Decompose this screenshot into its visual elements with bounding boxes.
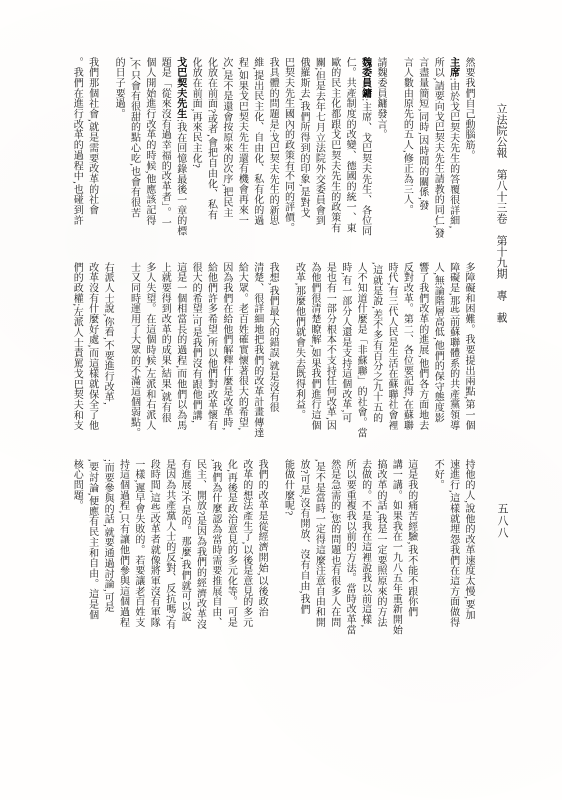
text-column: 個人開始進行改革的時候,他應該記得	[141, 57, 156, 247]
text-column: 化放在前面,再來民主化?	[188, 57, 203, 247]
speaker-name: 魏委員鏞	[360, 57, 371, 98]
text-column: 人不知道什麼是「非蘇聯」的社會。當	[353, 262, 368, 434]
text-column: 歐的民主化都跟戈巴契夫先生的政策有	[326, 57, 341, 247]
text-column: 人,無論階層高低,他們的保守態度影	[430, 262, 445, 434]
text-column: 仁。共產制度的改變、德國的統一、東	[342, 57, 357, 247]
text-column: 所以,請要向戈巴契夫先生請教的同仁,發	[430, 57, 445, 247]
text-column: 然是急需的,您的問題也有很多人在問	[326, 459, 341, 629]
text-column: 這是我的痛苦經驗,我不能不跟你們	[403, 459, 429, 629]
text-column: 能做什麼呢?	[280, 459, 295, 629]
text-column: 因為我們在給他們解釋什麼是改革時,	[219, 262, 234, 434]
speaker-name: 主席	[448, 57, 459, 78]
text-column: 改革的想法產生了,以後是意見的多元	[238, 459, 253, 629]
text-column: 去做的。不是我在這裡說我以前這樣,	[357, 459, 372, 629]
speaker-name: 戈巴契夫先生	[175, 57, 186, 119]
text-column: 。我們在進行改革的過程中,也碰到許	[69, 57, 84, 247]
text-column: 放?可是,沒有開放、沒有自由,我們	[296, 459, 311, 629]
text-column: 給他們許多希望,所以他們對改革懷有	[203, 262, 218, 434]
text-column: 是因為共產黨人士的反對、反抗嗎?有	[161, 459, 176, 629]
text-column: 是也有一部分根本不支持任何改革,因	[322, 262, 337, 434]
text-column: 請魏委員鏞發言。	[373, 57, 399, 247]
text-column: 響了我們改革的進展,他們各方面地去	[414, 262, 429, 434]
text-column: 巴契夫先生國內的政策有不同的評價。	[280, 57, 295, 247]
text-column: 我想,我們最大的錯誤,就是沒有很	[265, 262, 291, 434]
text-column: 給大眾。老百姓確實懷著很大的希望,	[234, 262, 249, 434]
text-column: 魏委員鏞:主席、戈巴契夫先生、各位同	[357, 57, 372, 247]
text-column: 右派人士說,你看,不要進行改革,	[100, 262, 126, 434]
text-column: 改革沒有什麼好處,而這樣就保全了他	[84, 262, 99, 434]
text-column: 上就要得到改革的成果,結果,就有很	[157, 262, 172, 434]
text-column: 有進展?不是的。那麼,我們就可以說	[177, 459, 192, 629]
text-column: 題是「從來沒有過幸福的改革者」。一	[157, 57, 172, 247]
text-column: ,要討論,便應有民主和自由。這是個	[84, 459, 99, 629]
text-column: 為他們很清楚瞭解,如果我們進行這個	[307, 262, 322, 434]
text-register-top: 然要我們自己動腦筋。主席:由於戈巴契夫先生的答覆很詳細,所以,請要向戈巴契夫先生…	[91, 57, 476, 247]
text-column: 持他的人,說他的改革速度太慢,要加	[461, 459, 476, 629]
text-column: 我們的改革是從經濟開始,以後政治	[254, 459, 280, 629]
text-column: ;而要參與的話,就要通過討論,可是	[100, 459, 115, 629]
text-register-middle: 多障礙和困難。我要提出兩點,第一個障礙是,那些前蘇聯體系的共產黨領導人,無論階層…	[91, 262, 476, 434]
text-column: 的日子要過。	[111, 57, 126, 247]
text-column: 這是一個相當長的過程,而他們以為馬	[172, 262, 187, 434]
text-column: 化放在前面?或者,會把自由化、私有	[203, 57, 218, 247]
text-column: 反對改革。第二、各位要記得,在蘇聯	[399, 262, 414, 434]
text-column: 速進行,這樣就埋怨我們在這方面做得	[445, 459, 460, 629]
text-column: 士又同時運用了大眾的不滿這個弱點。	[126, 262, 141, 434]
text-column: ,是不是當時一定得這麼注意自由和開	[311, 459, 326, 629]
text-column: 戈巴契夫先生:我在回憶錄最後一章的標	[172, 57, 187, 247]
text-column: 言人數由原先的五人,修正為三人。	[399, 57, 414, 247]
publication-header: 立法院公報 第八十三卷 第十九期 專 載	[493, 103, 509, 323]
text-column: 多障礙和困難。我要提出兩點,第一個	[461, 262, 476, 434]
text-column: 民主、開放?是因為我們的經濟改革沒	[192, 459, 207, 629]
text-column: 核心問題。	[69, 459, 84, 629]
text-column: 時代,有三代人民是生活在蘇聯社會裡	[384, 262, 399, 434]
text-register-bottom: 持他的人,說他的改革速度太慢,要加速進行,這樣就埋怨我們在這方面做得不好。這是我…	[91, 459, 476, 629]
text-column: 化,再後是政治意見的多元化等。可是	[223, 459, 238, 629]
text-column: 言盡量簡短,同時,因時間的關係,發	[414, 57, 429, 247]
text-column: 一樣,遲早會失敗的。若要讓老百姓支	[130, 459, 145, 629]
text-column: 講一講。如果我在一九八五年重新開始	[388, 459, 403, 629]
text-column: 關;但是去年七月立法院外交委員會到	[311, 57, 326, 247]
text-column: 清楚、很詳細地把我們的改革計畫傳達	[249, 262, 264, 434]
text-column: ,這就是說,差不多有百分之九十五的	[368, 262, 383, 434]
text-column: 們的政權;左派人士責罵戈巴契夫和支	[69, 262, 84, 434]
text-column: 段時間,這些改革者就像將軍沒有軍隊	[146, 459, 161, 629]
text-column: 維,提出民主化、自由化、私有化的過	[249, 57, 264, 247]
page-number: 五八八	[494, 503, 510, 539]
text-column: 持這個過程,只有讓他們參與這個過程	[115, 459, 130, 629]
text-column: 程,如果戈巴契夫先生還有機會再來一	[234, 57, 249, 247]
text-column: 我們那個社會,就是需要改革的社會	[84, 57, 110, 247]
text-column: ,不只會有很甜的點心吃,也會有很苦	[126, 57, 141, 247]
text-column: 搞改革的話,我是一定要照原來的方法	[373, 459, 388, 629]
text-column: 很大的希望:可是我們沒有跟他們講,	[188, 262, 203, 434]
text-column: 俄羅斯去,我們所得到的印象,是對戈	[296, 57, 311, 247]
text-column: 多人失望。在這個時候,左派和右派人	[141, 262, 156, 434]
text-column: 時,有一部分人還是支持這個改革,可	[337, 262, 352, 434]
text-column: 改革,那麼他們就會失去既得利益。	[291, 262, 306, 434]
text-column: 次,是不是還會按原來的次序,把民主	[219, 57, 234, 247]
text-column: 障礙是,那些前蘇聯體系的共產黨領導	[445, 262, 460, 434]
text-column: 所以要重複我以前的方法。當時改革當	[342, 459, 357, 629]
text-column: 不好。	[430, 459, 445, 629]
text-column: 主席:由於戈巴契夫先生的答覆很詳細,	[445, 57, 460, 247]
text-column: 然要我們自己動腦筋。	[461, 57, 476, 247]
gazette-page-scan: 立法院公報 第八十三卷 第十九期 專 載 然要我們自己動腦筋。主席:由於戈巴契夫…	[0, 0, 562, 800]
text-column: 我具體的問題是:戈巴契夫先生的新思	[265, 57, 280, 247]
text-column: ,我們為什麼認為當時需要推展自由、	[208, 459, 223, 629]
